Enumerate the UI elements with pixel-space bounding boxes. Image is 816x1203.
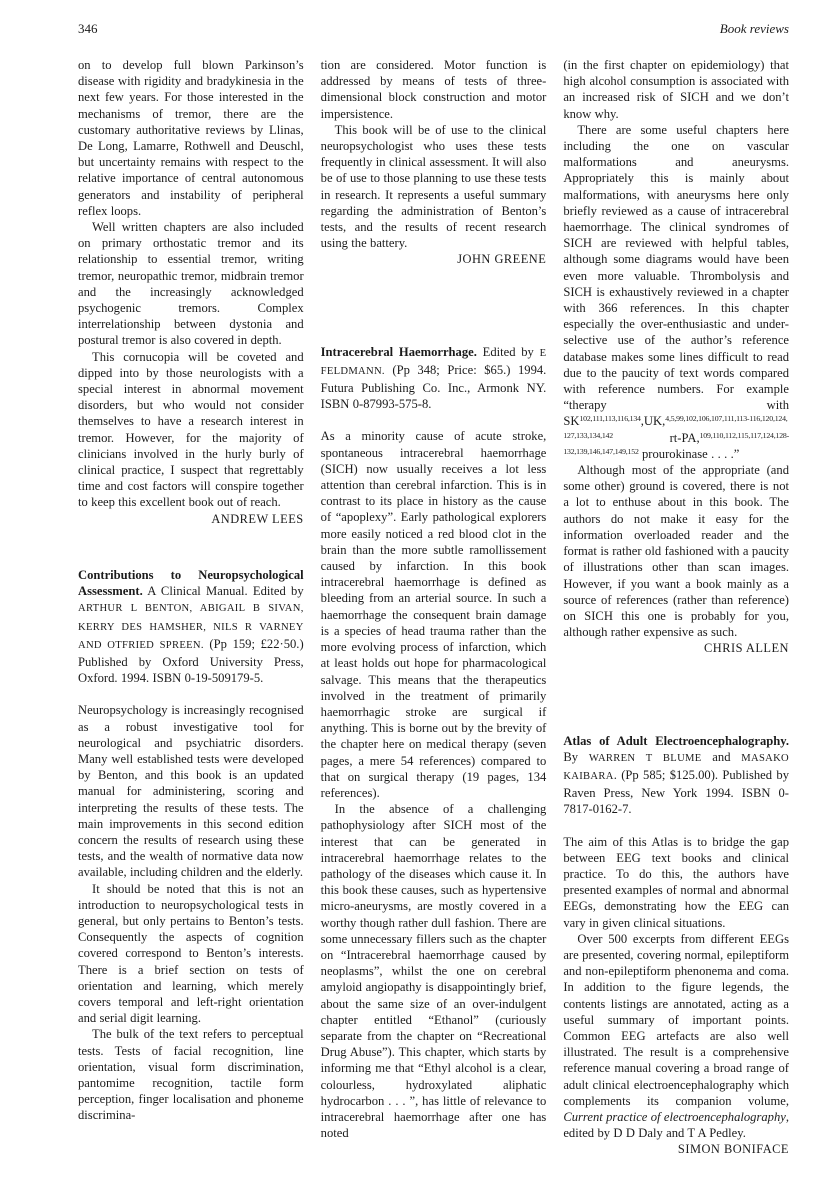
review-eeg-paragraph: Over 500 excerpts from different EEGs ar… xyxy=(563,931,789,1142)
review-benton-paragraph: Neuropsychology is increasingly recognis… xyxy=(78,702,304,880)
page-number: 346 xyxy=(78,21,98,37)
column-3: (in the first chapter on epidemiology) t… xyxy=(563,57,789,1158)
reviewer-byline: CHRIS ALLEN xyxy=(563,640,789,656)
book-citation-neuropsychological-assessment: Contributions to Neuropsychological Asse… xyxy=(78,567,304,686)
book-citation-intracerebral-haemorrhage: Intracerebral Haemorrhage. Edited by E F… xyxy=(321,344,547,413)
review-tremor-paragraph: This cornucopia will be coveted and dipp… xyxy=(78,349,304,511)
review-benton-paragraph-continued: tion are considered. Motor function is a… xyxy=(321,57,547,122)
running-head: Book reviews xyxy=(720,21,789,37)
columns: on to develop full blown Parkinson’s dis… xyxy=(0,37,816,1158)
journal-page: 346 Book reviews on to develop full blow… xyxy=(0,0,816,1203)
review-sich-paragraph-references: There are some useful chapters here incl… xyxy=(563,122,789,462)
column-1: on to develop full blown Parkinson’s dis… xyxy=(78,57,304,1124)
review-benton-paragraph: This book will be of use to the clinical… xyxy=(321,122,547,252)
reviewer-byline: SIMON BONIFACE xyxy=(563,1141,789,1157)
reviewer-byline: ANDREW LEES xyxy=(78,511,304,527)
column-2: tion are considered. Motor function is a… xyxy=(321,57,547,1141)
review-tremor-paragraph-continued: on to develop full blown Parkinson’s dis… xyxy=(78,57,304,219)
review-sich-paragraph-continued: (in the first chapter on epidemiology) t… xyxy=(563,57,789,122)
reviewer-byline: JOHN GREENE xyxy=(321,251,547,267)
review-eeg-paragraph: The aim of this Atlas is to bridge the g… xyxy=(563,834,789,931)
page-header: 346 Book reviews xyxy=(0,0,816,37)
review-sich-paragraph: Although most of the appropriate (and so… xyxy=(563,462,789,640)
review-sich-paragraph: In the absence of a challenging pathophy… xyxy=(321,801,547,1141)
review-benton-paragraph: It should be noted that this is not an i… xyxy=(78,881,304,1027)
book-citation-atlas-eeg: Atlas of Adult Electroencephalography. B… xyxy=(563,733,789,818)
review-tremor-paragraph: Well written chapters are also included … xyxy=(78,219,304,349)
review-sich-paragraph: As a minority cause of acute stroke, spo… xyxy=(321,428,547,801)
review-benton-paragraph: The bulk of the text refers to perceptua… xyxy=(78,1026,304,1123)
